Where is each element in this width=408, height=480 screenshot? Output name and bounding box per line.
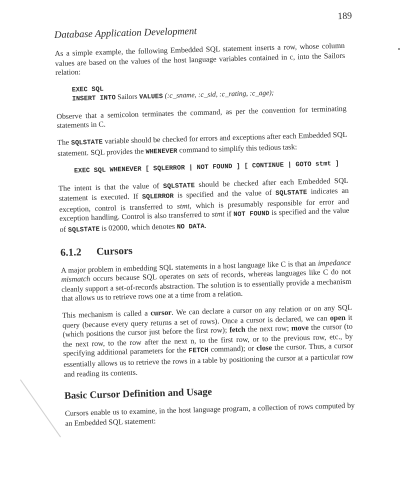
- code-term: FETCH: [189, 347, 209, 355]
- paragraph-cursor-mechanism: This mechanism is called a cursor. We ca…: [62, 303, 354, 379]
- text: is 02000, which denotes: [99, 222, 176, 233]
- paragraph-cursor-usage: Cursors enable us to examine, in the hos…: [65, 401, 355, 428]
- scan-edge-artifact: [20, 379, 61, 437]
- section-number: 6.1.2: [60, 247, 96, 259]
- paragraph-intent: The intent is that the value of SQLSTATE…: [58, 175, 349, 235]
- text: if: [224, 210, 233, 219]
- bold-term: close: [256, 343, 272, 352]
- bold-term: open: [330, 313, 346, 322]
- code-relation: Sailors: [117, 93, 137, 102]
- code-args: (:c_sname, :c_sid, :c_rating, :c_age);: [165, 89, 275, 100]
- text: .: [204, 221, 206, 230]
- paragraph-intro: As a simple example, the following Embed…: [55, 41, 346, 78]
- code-term: SQLSTATE: [275, 189, 307, 197]
- text: The: [57, 138, 71, 147]
- code-term: SQLSTATE: [68, 226, 100, 234]
- page-header: Database Application Development 189: [54, 16, 344, 42]
- paragraph-sqlstate: The SQLSTATE variable should be checked …: [57, 130, 347, 159]
- code-term: SQLSTATE: [71, 139, 103, 147]
- code-term: SQLSTATE: [163, 182, 195, 190]
- running-title: Database Application Development: [54, 26, 197, 41]
- scan-speck: [398, 48, 400, 50]
- code-term: WHENEVER: [146, 147, 178, 155]
- code-keyword: VALUES: [139, 93, 163, 101]
- section-title: Cursors: [96, 246, 132, 258]
- bold-term: fetch: [229, 325, 245, 334]
- code-term: SQLERROR: [142, 193, 174, 201]
- code-whenever: EXEC SQL WHENEVER [ SQLERROR | NOT FOUND…: [74, 159, 348, 176]
- subsection-heading: Basic Cursor Definition and Usage: [64, 383, 354, 402]
- page-number: 189: [338, 12, 353, 22]
- text: The intent is that the value of: [58, 181, 163, 193]
- code-term: NO DATA: [177, 223, 205, 231]
- code-keyword: INSERT INTO: [72, 95, 116, 103]
- document-page: Database Application Development 189 As …: [54, 16, 355, 428]
- bold-term: move: [291, 323, 309, 332]
- section-heading: 6.1.2Cursors: [60, 239, 350, 258]
- emphasis: sets: [198, 271, 210, 280]
- code-line: EXEC SQL WHENEVER [ SQLERROR | NOT FOUND…: [74, 160, 339, 174]
- code-insert-example: EXEC SQL INSERT INTO Sailors VALUES (:c_…: [72, 78, 346, 105]
- emphasis: stmt: [177, 201, 190, 210]
- text: command); or: [208, 344, 256, 354]
- code-term: NOT FOUND: [233, 210, 269, 218]
- code-line: EXEC SQL: [72, 85, 104, 93]
- bold-term: cursor: [150, 308, 171, 318]
- emphasis: stmt: [212, 210, 225, 219]
- paragraph-semicolon: Observe that a semicolon terminates the …: [56, 104, 346, 131]
- text: the next row;: [245, 324, 291, 334]
- text: command to simplify this tedious task:: [177, 142, 297, 154]
- paragraph-impedance: A major problem in embedding SQL stateme…: [61, 257, 352, 303]
